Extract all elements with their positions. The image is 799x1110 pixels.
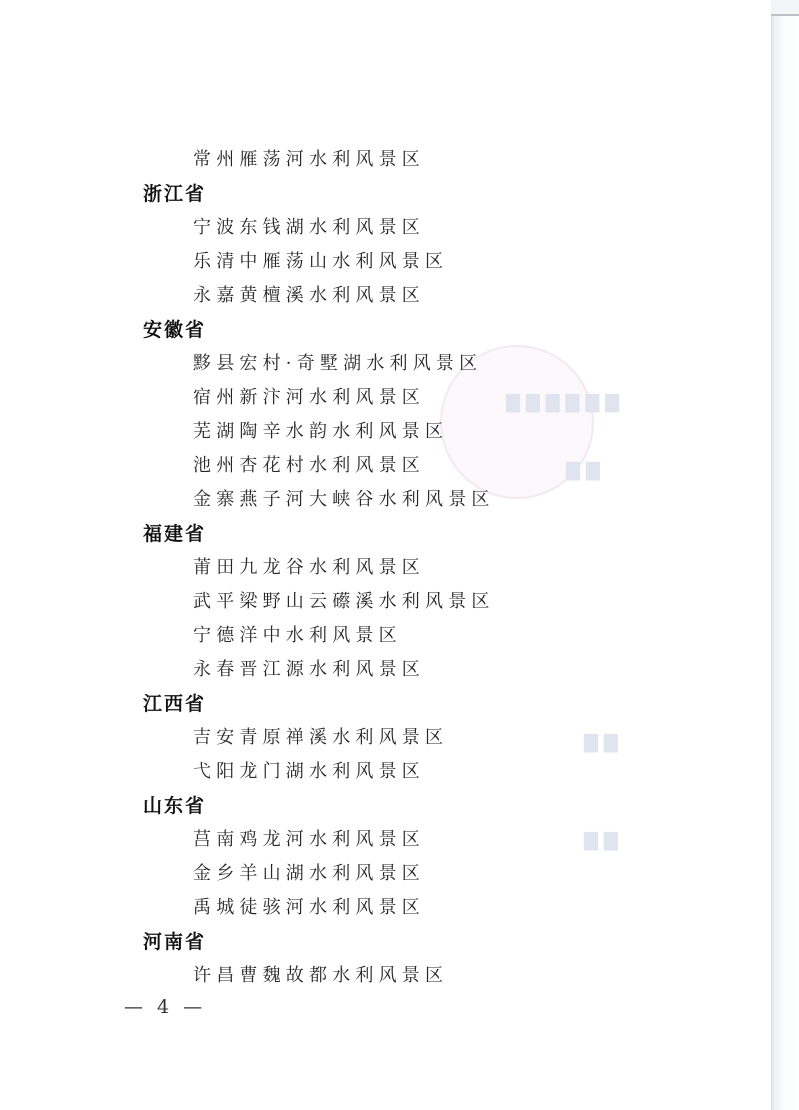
list-item: 永春晋江源水利风景区 xyxy=(193,653,425,687)
province-heading: 浙江省 xyxy=(143,177,206,211)
province-heading: 江西省 xyxy=(143,687,206,721)
page-number: — 4 — xyxy=(124,996,206,1018)
list-item: 吉安青原禅溪水利风景区 xyxy=(193,721,448,755)
list-item: 弋阳龙门湖水利风景区 xyxy=(193,755,425,789)
list-item: 常州雁荡河水利风景区 xyxy=(193,143,425,177)
list-item: 宿州新汴河水利风景区 xyxy=(193,381,425,415)
province-heading: 河南省 xyxy=(143,925,206,959)
list-item: 池州杏花村水利风景区 xyxy=(193,449,425,483)
list-item: 黟县宏村·奇墅湖水利风景区 xyxy=(193,347,482,381)
list-item: 金寨燕子河大峡谷水利风景区 xyxy=(193,483,495,517)
list-item: 莒南鸡龙河水利风景区 xyxy=(193,823,425,857)
list-item: 宁波东钱湖水利风景区 xyxy=(193,211,425,245)
scenic-area-list: 常州雁荡河水利风景区 浙江省 宁波东钱湖水利风景区 乐清中雁荡山水利风景区 永嘉… xyxy=(0,0,771,1110)
list-item: 许昌曹魏故都水利风景区 xyxy=(193,959,448,993)
list-item: 永嘉黄檀溪水利风景区 xyxy=(193,279,425,313)
list-item: 莆田九龙谷水利风景区 xyxy=(193,551,425,585)
list-item: 金乡羊山湖水利风景区 xyxy=(193,857,425,891)
list-item: 武平梁野山云礤溪水利风景区 xyxy=(193,585,495,619)
page-edge-shadow xyxy=(771,14,799,1110)
province-heading: 福建省 xyxy=(143,517,206,551)
list-item: 禹城徒骇河水利风景区 xyxy=(193,891,425,925)
list-item: 宁德洋中水利风景区 xyxy=(193,619,402,653)
list-item: 芜湖陶辛水韵水利风景区 xyxy=(193,415,448,449)
province-heading: 安徽省 xyxy=(143,313,206,347)
province-heading: 山东省 xyxy=(143,789,206,823)
list-item: 乐清中雁荡山水利风景区 xyxy=(193,245,448,279)
